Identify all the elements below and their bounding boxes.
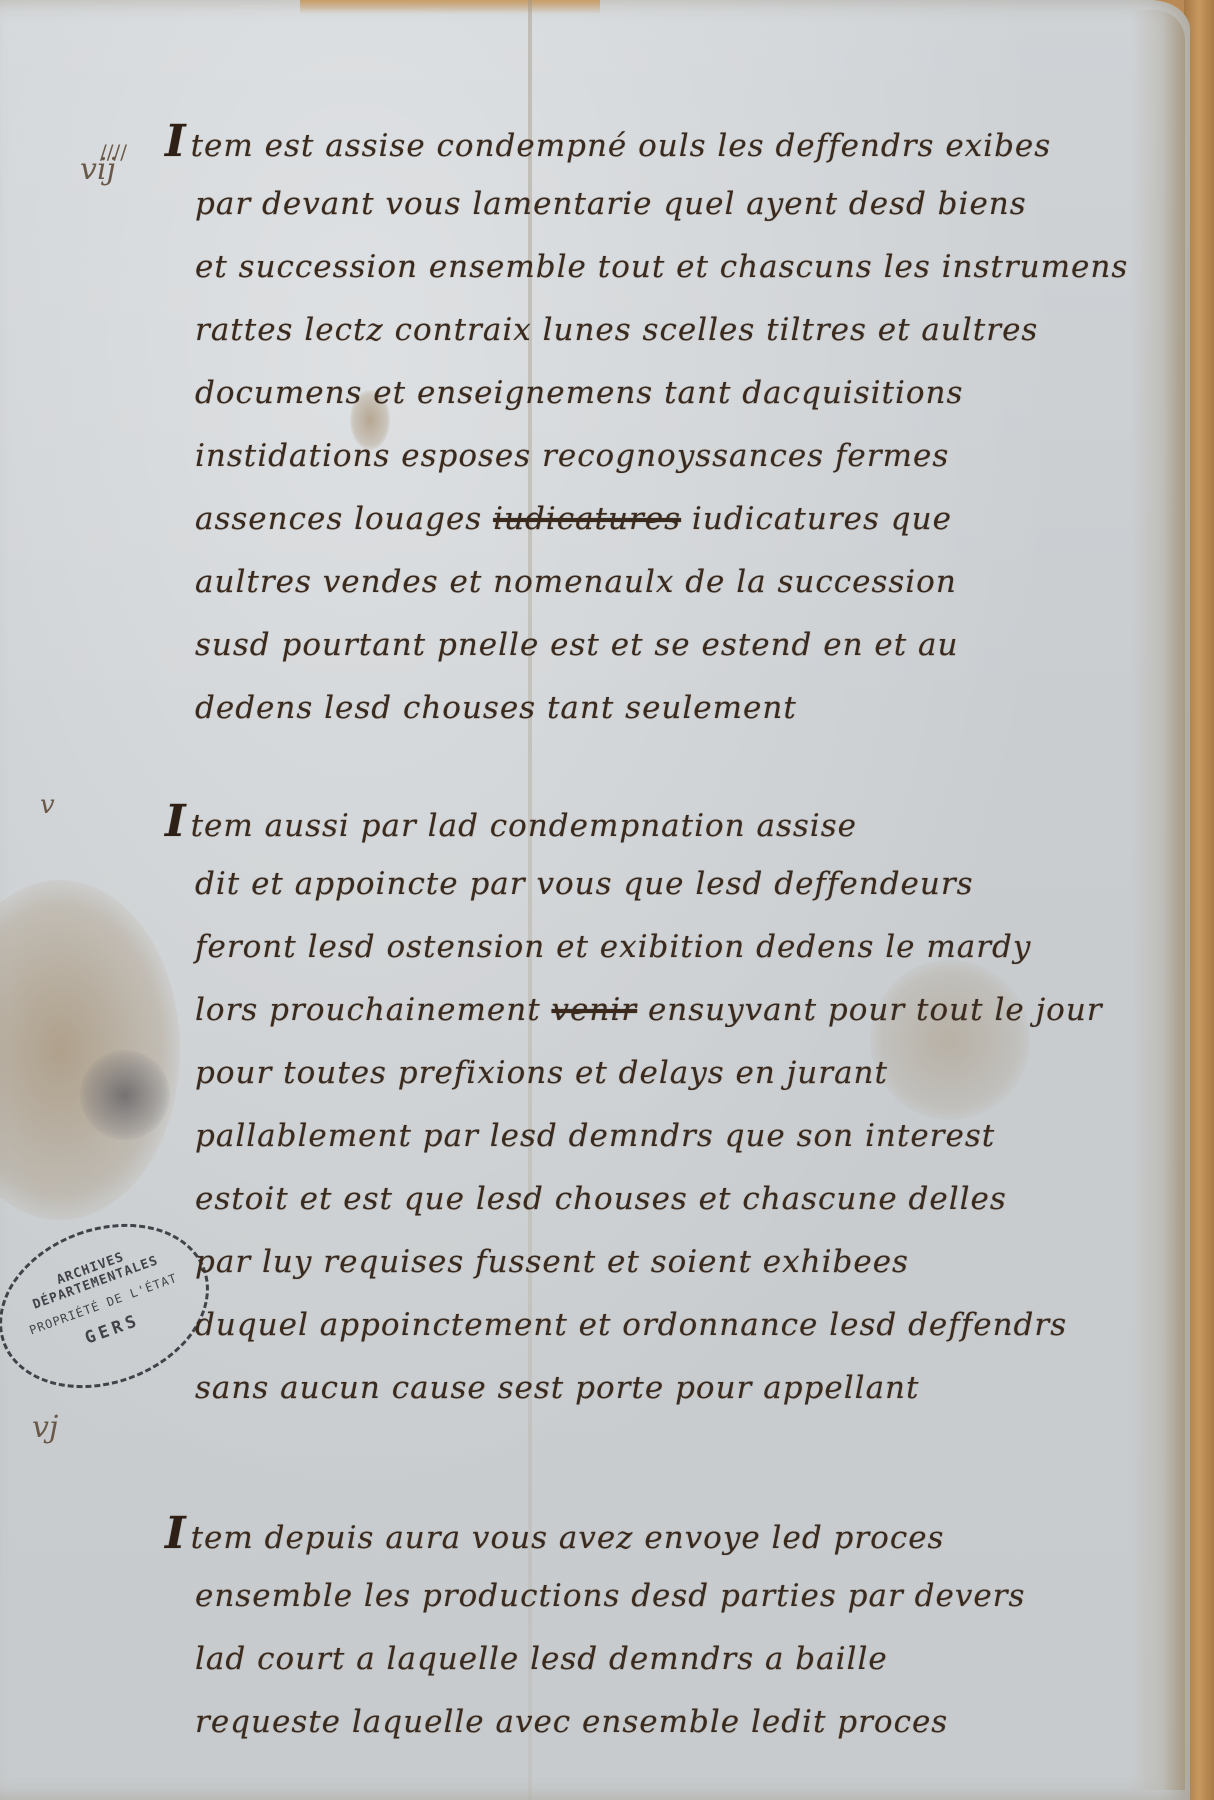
text-line: sans aucun cause sest porte pour appella… — [195, 1357, 1155, 1420]
top-edge-tear — [300, 0, 600, 14]
margin-note-top: //// vij — [80, 140, 127, 187]
text-line: pour toutes prefixions et delays en jura… — [195, 1042, 1155, 1105]
text-line: Item aussi par lad condempnation assise — [195, 790, 1155, 853]
text-line: pallablement par lesd demndrs que son in… — [195, 1105, 1155, 1168]
text-line: aultres vendes et nomenaulx de la succes… — [195, 551, 1155, 614]
text-line: dit et appoincte par vous que lesd deffe… — [195, 853, 1155, 916]
text-line: susd pourtant pnelle est et se estend en… — [195, 614, 1155, 677]
text-line: Item est assise condempné ouls les deffe… — [195, 110, 1155, 173]
text-line: feront lesd ostension et exibition deden… — [195, 916, 1155, 979]
manuscript-text: Item est assise condempné ouls les deffe… — [195, 110, 1155, 1754]
text-line: instidations esposes recognoyssances fer… — [195, 425, 1155, 488]
text-line: ensemble les productions desd parties pa… — [195, 1565, 1155, 1628]
paragraph-item-2: Item aussi par lad condempnation assise … — [195, 790, 1155, 1420]
manuscript-page: //// vij v vj ARCHIVES DÉPARTEMENTALES P… — [0, 0, 1190, 1800]
text-line: Item depuis aura vous avez envoye led pr… — [195, 1502, 1155, 1565]
text-line: lors prouchainement venir ensuyvant pour… — [195, 979, 1155, 1042]
initial-letter: I — [165, 790, 187, 853]
text-line: dedens lesd chouses tant seulement — [195, 677, 1155, 740]
text-line: par devant vous lamentarie quel ayent de… — [195, 173, 1155, 236]
text-line: et succession ensemble tout et chascuns … — [195, 236, 1155, 299]
text-line: documens et enseignemens tant dacquisiti… — [195, 362, 1155, 425]
text-line: duquel appoinctement et ordonnance lesd … — [195, 1294, 1155, 1357]
margin-note-bottom: vj — [32, 1410, 58, 1445]
text-line: rattes lectz contraix lunes scelles tilt… — [195, 299, 1155, 362]
paragraph-item-3: Item depuis aura vous avez envoye led pr… — [195, 1502, 1155, 1754]
margin-note-middle: v — [40, 790, 55, 820]
text-line: par luy requises fussent et soient exhib… — [195, 1231, 1155, 1294]
text-line: requeste laquelle avec ensemble ledit pr… — [195, 1691, 1155, 1754]
text-line: assences louages iudicatures iudicatures… — [195, 488, 1155, 551]
text-line: lad court a laquelle lesd demndrs a bail… — [195, 1628, 1155, 1691]
initial-letter: I — [165, 1502, 187, 1565]
text-line: estoit et est que lesd chouses et chascu… — [195, 1168, 1155, 1231]
ink-blot — [80, 1050, 170, 1140]
struck-word: venir — [552, 992, 638, 1028]
initial-letter: I — [165, 110, 187, 173]
water-stain — [0, 880, 180, 1220]
paragraph-item-1: Item est assise condempné ouls les deffe… — [195, 110, 1155, 740]
struck-word: iudicatures — [493, 501, 681, 537]
margin-numeral: vij — [80, 152, 116, 187]
